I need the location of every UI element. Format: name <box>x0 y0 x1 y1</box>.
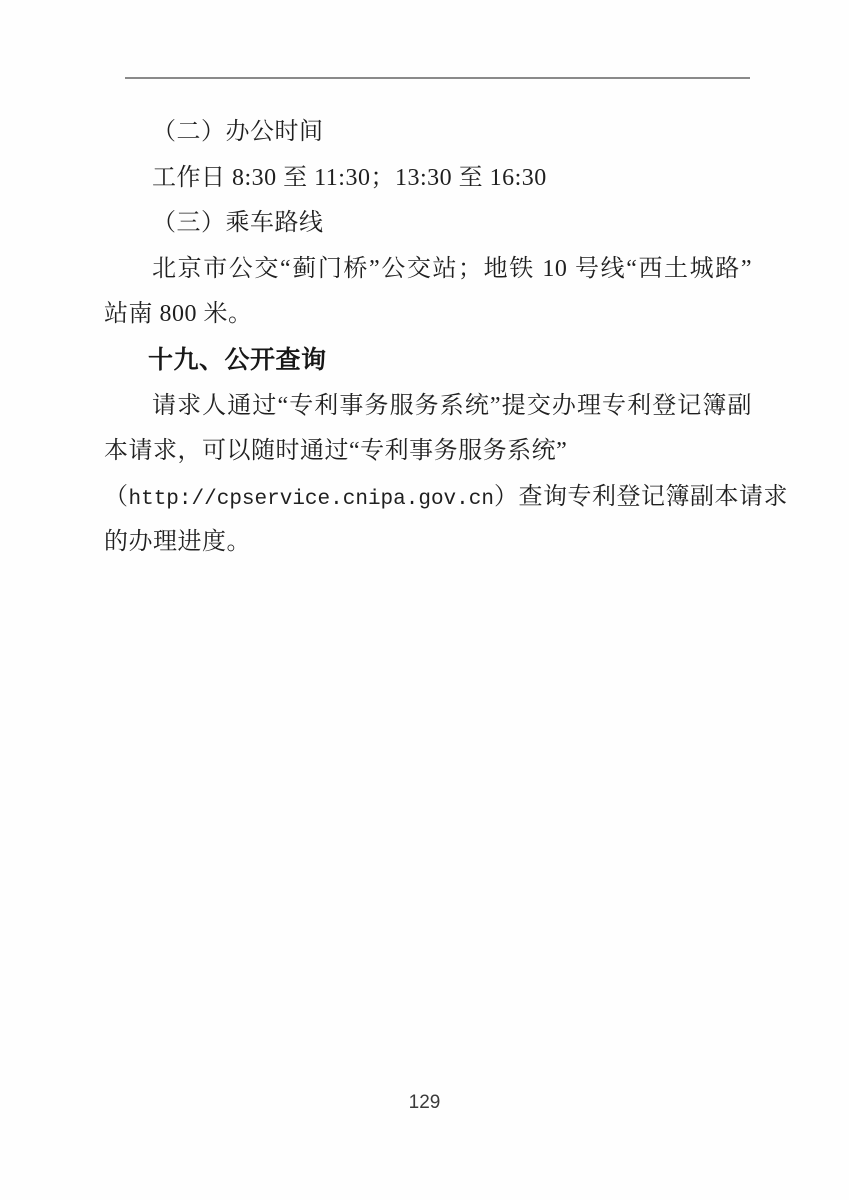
document-body: （二）办公时间 工作日 8:30 至 11:30；13:30 至 16:30 （… <box>104 110 752 566</box>
inquiry-paragraph-line-1: 请求人通过“专利事务服务系统”提交办理专利登记簿副 <box>104 384 752 430</box>
bus-route-text-line-2: 站南 800 米。 <box>104 292 752 338</box>
inquiry-paragraph-line-3: （http://cpservice.cnipa.gov.cn）查询专利登记簿副本… <box>104 475 752 521</box>
header-rule <box>125 77 750 79</box>
office-hours-text: 工作日 8:30 至 11:30；13:30 至 16:30 <box>104 156 752 202</box>
subheading-office-hours: （二）办公时间 <box>104 110 752 156</box>
page-number: 129 <box>0 1092 849 1114</box>
url-text: http://cpservice.cnipa.gov.cn <box>129 488 494 511</box>
bus-route-text-line-1: 北京市公交“蓟门桥”公交站；地铁 10 号线“西土城路” <box>104 247 752 293</box>
subheading-bus-route: （三）乘车路线 <box>104 201 752 247</box>
inquiry-paragraph-line-2: 本请求，可以随时通过“专利事务服务系统” <box>104 429 752 475</box>
inquiry-paragraph-line-3-suffix: ）查询专利登记簿副本请求 <box>494 484 788 510</box>
open-paren-text: （ <box>104 484 129 510</box>
inquiry-paragraph-line-4: 的办理进度。 <box>104 520 752 566</box>
section-heading-public-inquiry: 十九、公开查询 <box>104 338 752 384</box>
document-page: （二）办公时间 工作日 8:30 至 11:30；13:30 至 16:30 （… <box>0 0 849 1200</box>
